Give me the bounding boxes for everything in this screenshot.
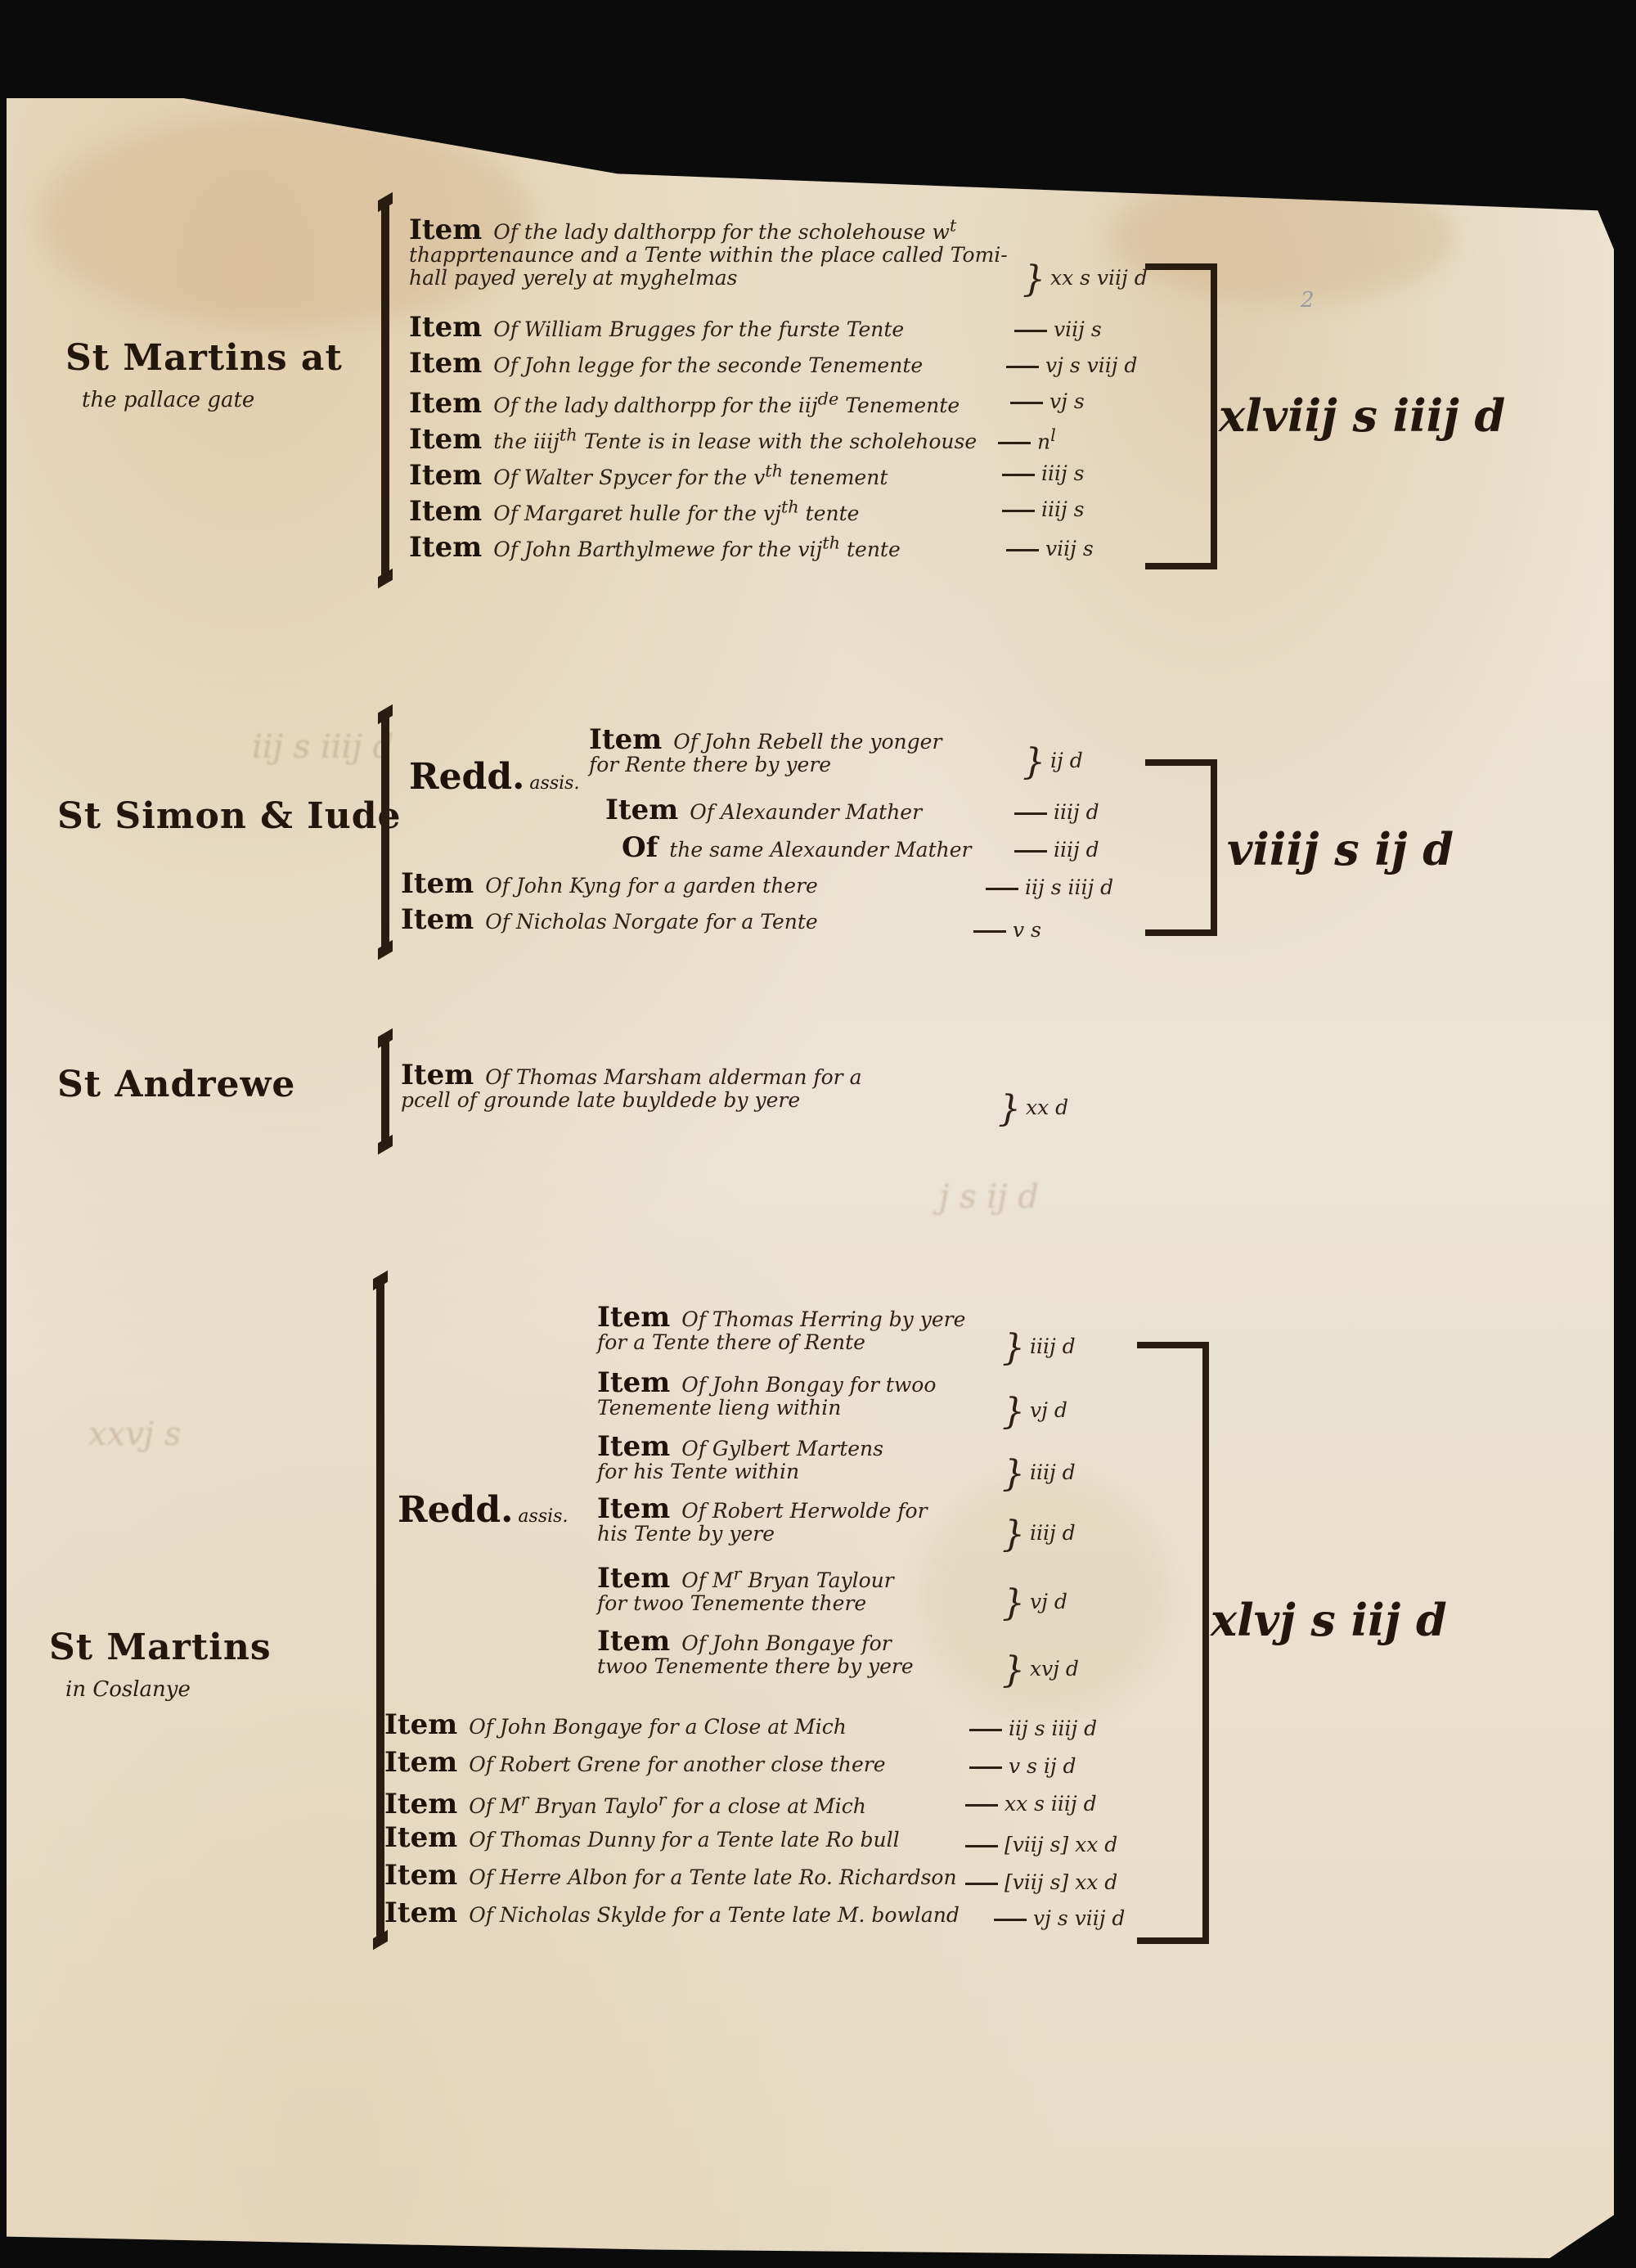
entry-text: Of Herre Albon for a Tente late Ro. Rich… [469, 1865, 956, 1889]
entry-amount: iiij d [1014, 800, 1099, 824]
entry-amount: }iiij d [1002, 1327, 1076, 1369]
entry-row: ItemOf John legge for the seconde Teneme… [409, 352, 923, 377]
entry-text: Of John Bongaye for a Close at Mich [469, 1715, 847, 1739]
entry-continuation: for twoo Tenemente there [597, 1592, 894, 1615]
entry-continuation: hall payed yerely at myghelmas [409, 267, 1008, 290]
pencil-folio-number: 2 [1301, 288, 1315, 313]
parish-subheading: the pallace gate [82, 388, 254, 412]
item-label: Item [401, 1059, 474, 1091]
entry-row: ItemOf John Kyng for a garden there [401, 872, 818, 898]
entry-row: ItemOf Nicholas Norgate for a Tente [401, 908, 818, 934]
parish-heading: St Andrewe [57, 1064, 295, 1105]
brace-icon: } [1002, 1453, 1025, 1495]
entry-amount: xx s iiij d [965, 1792, 1097, 1816]
item-label: Item [384, 1897, 457, 1929]
item-label: Item [409, 531, 482, 564]
item-label: Item [597, 1562, 670, 1595]
entry-amount: }xvj d [1002, 1649, 1079, 1691]
entry-text: Of Robert Grene for another close there [469, 1753, 885, 1776]
entry-continuation: for Rente there by yere [589, 754, 942, 776]
entry-text: the iiijth Tente is in lease with the sc… [493, 430, 977, 453]
entry-row: Ofthe same Alexaunder Mather [622, 836, 971, 862]
item-label: Item [597, 1492, 670, 1525]
entry-text: Of John Kyng for a garden there [485, 874, 818, 898]
entry-row: ItemOf John Barthylmewe for the vijth te… [409, 532, 901, 561]
item-label: Item [384, 1788, 457, 1820]
entry-row: ItemOf Thomas Marsham alderman for a pce… [401, 1064, 862, 1112]
entry-row: ItemOf John Bongaye for twoo Tenemente t… [597, 1630, 914, 1678]
entry-amount: }xx s viij d [1022, 259, 1148, 300]
entry-row: ItemOf Thomas Dunny for a Tente late Ro … [384, 1826, 900, 1852]
section-total: xlviij s iiij d [1219, 389, 1505, 442]
entry-amount: v s [973, 918, 1041, 942]
entry-continuation: for a Tente there of Rente [597, 1331, 965, 1354]
item-label: Item [384, 1708, 457, 1741]
entry-amount: }xx d [998, 1088, 1068, 1130]
entry-row: ItemOf Walter Spycer for the vth tenemen… [409, 460, 888, 489]
entry-amount: viij s [1006, 537, 1094, 560]
entry-amount: vj s viij d [994, 1906, 1125, 1930]
brace-icon: } [1002, 1327, 1025, 1369]
entry-text: Of Nicholas Skylde for a Tente late M. b… [469, 1903, 960, 1927]
right-bracket [1145, 759, 1217, 936]
item-label: Item [597, 1430, 670, 1463]
brace-icon: } [1002, 1649, 1025, 1691]
entry-text: Of Margaret hulle for the vjth tente [493, 502, 859, 525]
item-label: Item [409, 495, 482, 528]
entry-text: Of Nicholas Norgate for a Tente [485, 910, 818, 934]
entry-amount: vj s viij d [1006, 353, 1137, 377]
entry-amount: }vj d [1002, 1391, 1067, 1433]
item-label: Item [409, 423, 482, 456]
entry-row: ItemOf Robert Grene for another close th… [384, 1751, 886, 1776]
entry-row: ItemOf John Bongaye for a Close at Mich [384, 1713, 847, 1739]
brace-icon: } [1002, 1582, 1025, 1624]
parish-subheading: in Coslanye [65, 1677, 191, 1702]
right-bracket [1137, 1342, 1209, 1944]
entry-amount: }ij d [1022, 741, 1083, 783]
entry-row: ItemOf Mr Bryan Taylour for twoo Tenemen… [597, 1563, 894, 1615]
entry-row: ItemOf the lady dalthorpp for the schole… [409, 214, 1008, 290]
entry-text: Of William Brugges for the furste Tente [493, 317, 904, 341]
entry-text: Of Robert Herwolde for [681, 1499, 927, 1523]
item-label: Item [401, 867, 474, 900]
item-label: Of [622, 831, 658, 864]
item-label: Item [384, 1859, 457, 1892]
parish-heading: St Simon & Iude [57, 795, 402, 837]
left-bracket [381, 713, 389, 951]
entry-text: Of John legge for the seconde Tenemente [493, 353, 923, 377]
entry-row: ItemOf John Bongay for twoo Tenemente li… [597, 1371, 936, 1420]
entry-text: Of John Bongaye for [681, 1631, 891, 1655]
entry-row: ItemOf John Rebell the yonger for Rente … [589, 728, 942, 776]
item-label: Item [409, 459, 482, 492]
brace-icon: } [1002, 1514, 1025, 1555]
entry-row: ItemOf Gylbert Martens for his Tente wit… [597, 1435, 883, 1483]
show-through-text: iij s iiij d [252, 728, 393, 766]
entry-text: Of Alexaunder Mather [690, 800, 922, 824]
entry-row: ItemOf the lady dalthorpp for the iijde … [409, 388, 960, 417]
entry-text: Of John Rebell the yonger [673, 730, 942, 754]
left-bracket [381, 1037, 389, 1145]
entry-amount: iiij s [1002, 497, 1085, 521]
entry-row: ItemOf William Brugges for the furste Te… [409, 316, 904, 341]
left-bracket [381, 201, 389, 579]
item-label: Item [401, 903, 474, 936]
entry-amount: [viij s] xx d [965, 1833, 1117, 1856]
entry-continuation: thapprtenaunce and a Tente within the pl… [409, 244, 1008, 267]
entry-text: Of Thomas Dunny for a Tente late Ro bull [469, 1828, 899, 1852]
entry-continuation: his Tente by yere [597, 1523, 928, 1546]
item-label: Item [384, 1746, 457, 1779]
entry-text: Of Gylbert Martens [681, 1437, 883, 1460]
entry-text: the same Alexaunder Mather [669, 838, 971, 862]
left-bracket [376, 1280, 384, 1941]
show-through-text: j s ij d [939, 1178, 1039, 1216]
entry-text: Of John Bongay for twoo [681, 1373, 936, 1397]
entry-text: Of Mr Bryan Taylor for a close at Mich [469, 1794, 866, 1818]
entry-row: Itemthe iiijth Tente is in lease with th… [409, 424, 977, 453]
item-label: Item [409, 347, 482, 380]
entry-amount: }iiij d [1002, 1514, 1076, 1555]
entry-row: ItemOf Thomas Herring by yere for a Tent… [597, 1306, 965, 1354]
entry-text: Of Walter Spycer for the vth tenement [493, 466, 888, 489]
show-through-text: xxvj s [88, 1415, 181, 1453]
parish-heading: St Martins at [65, 337, 343, 379]
entry-row: ItemOf Alexaunder Mather [605, 799, 922, 824]
entry-amount: }vj d [1002, 1582, 1067, 1624]
entry-row: ItemOf Mr Bryan Taylor for a close at Mi… [384, 1789, 866, 1818]
section-total: xlvj s iij d [1211, 1594, 1447, 1646]
entry-text: Of Thomas Herring by yere [681, 1307, 965, 1331]
item-label: Item [597, 1625, 670, 1658]
entry-amount: }iiij d [1002, 1453, 1076, 1495]
entry-amount: v s ij d [969, 1754, 1076, 1778]
entry-continuation: Tenemente lieng within [597, 1397, 936, 1420]
entry-amount: iij s iiij d [986, 875, 1113, 899]
item-label: Item [384, 1821, 457, 1854]
entry-text: Of Thomas Marsham alderman for a [485, 1065, 861, 1089]
entry-continuation: twoo Tenemente there by yere [597, 1655, 914, 1678]
entry-amount: vj s [1010, 389, 1085, 413]
entry-text: Of the lady dalthorpp for the scholehous… [493, 220, 956, 244]
entry-amount: iij s iiij d [969, 1717, 1097, 1740]
resolute-label: Redd.assis. [409, 756, 579, 798]
entry-amount: [viij s] xx d [965, 1870, 1117, 1894]
item-label: Item [409, 214, 482, 246]
entry-row: ItemOf Margaret hulle for the vjth tente [409, 496, 859, 525]
section-total: viiij s ij d [1227, 823, 1454, 875]
entry-amount: nl [998, 425, 1056, 453]
entry-text: Of John Barthylmewe for the vijth tente [493, 538, 901, 561]
entry-continuation: pcell of grounde late buyldede by yere [401, 1089, 862, 1112]
brace-icon: } [1022, 259, 1045, 300]
item-label: Item [589, 723, 662, 756]
entry-row: ItemOf Herre Albon for a Tente late Ro. … [384, 1864, 957, 1889]
entry-amount: iiij d [1014, 838, 1099, 862]
item-label: Item [409, 311, 482, 344]
brace-icon: } [998, 1088, 1021, 1130]
entry-row: ItemOf Nicholas Skylde for a Tente late … [384, 1901, 960, 1927]
item-label: Item [597, 1366, 670, 1399]
entry-amount: viij s [1014, 317, 1102, 341]
right-bracket [1145, 263, 1217, 569]
brace-icon: } [1002, 1391, 1025, 1433]
item-label: Item [409, 387, 482, 420]
entry-text: Of the lady dalthorpp for the iijde Tene… [493, 394, 960, 417]
item-label: Item [597, 1301, 670, 1334]
entry-amount: iiij s [1002, 461, 1085, 485]
brace-icon: } [1022, 741, 1045, 783]
entry-text: Of Mr Bryan Taylour [681, 1568, 893, 1592]
parish-heading: St Martins [49, 1627, 272, 1668]
entry-continuation: for his Tente within [597, 1460, 883, 1483]
resolute-label: Redd.assis. [398, 1489, 568, 1531]
item-label: Item [605, 794, 678, 826]
entry-row: ItemOf Robert Herwolde for his Tente by … [597, 1497, 928, 1546]
